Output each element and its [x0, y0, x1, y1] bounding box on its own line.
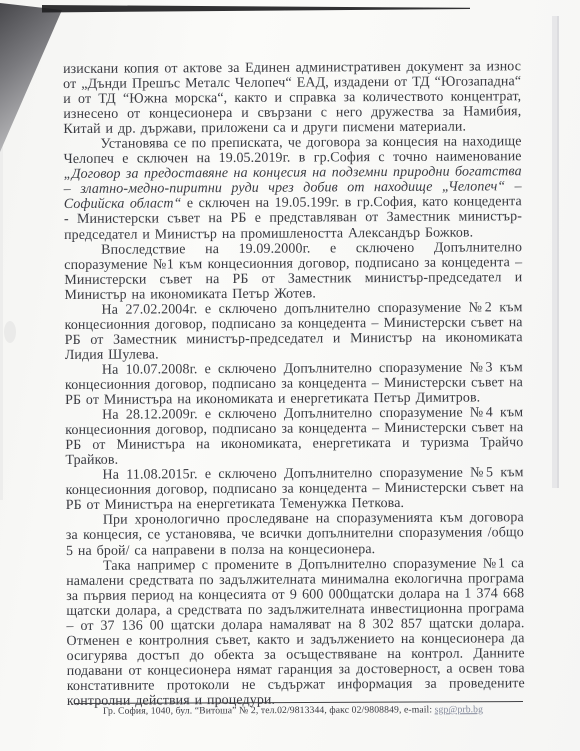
body-paragraph: При хронологично проследяване на споразу… [66, 511, 524, 559]
scan-top-edge-shadow [42, 5, 470, 13]
document-body: изискани копия от актове за Единен админ… [63, 59, 525, 709]
scanned-document-page: изискани копия от актове за Единен админ… [0, 0, 580, 751]
footer-email-link[interactable]: sgp@prb.bg [435, 704, 483, 715]
body-paragraph: Така например с промените в Допълнително… [66, 556, 525, 709]
body-paragraph: На 10.07.2008г. е сключено Допълнително … [65, 360, 523, 408]
scan-corner-shadow [0, 3, 62, 152]
scan-left-page-edge [0, 140, 3, 500]
scan-smudge [4, 321, 16, 343]
body-paragraph: На 28.12.2009г. е сключено Допълнително … [65, 405, 523, 468]
body-paragraph: Впоследствие на 19.09.2000г. е сключено … [64, 240, 522, 303]
body-paragraph: изискани копия от актове за Единен админ… [63, 59, 521, 137]
footer: Гр. София, 1040, бул. “Витоша” № 2, тел.… [63, 704, 523, 718]
paragraph-text: Установява се по преписката, че договора… [64, 134, 522, 167]
body-paragraph: На 27.02.2004г. е сключено допълнително … [64, 300, 522, 363]
body-paragraph: На 11.08.2015г. е сключено Допълнително … [65, 465, 523, 513]
scan-right-page-edge [552, 16, 559, 488]
scan-right-page-edge-line [557, 16, 559, 488]
footer-address: Гр. София, 1040, бул. “Витоша” № 2, тел.… [103, 704, 435, 716]
body-paragraph: Установява се по преписката, че договора… [63, 134, 522, 242]
